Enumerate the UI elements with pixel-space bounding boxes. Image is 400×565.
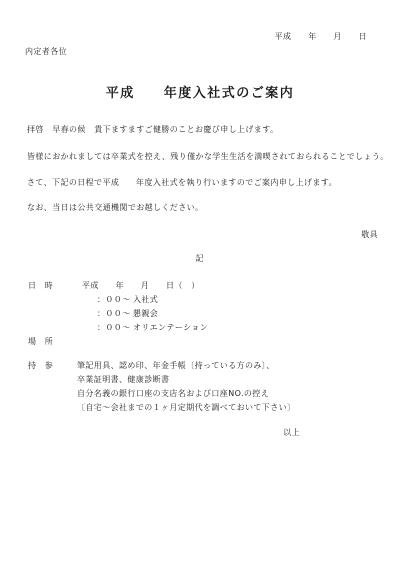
schedule-event-orientation: オリエンテーション (133, 323, 208, 333)
bring-item-line: 筆記用具、認め印、年金手帳〔持っている方のみ〕、 (77, 361, 275, 371)
datetime-value: 平成 年 月 日（ ） (82, 281, 200, 291)
schedule-time: ：００～ (97, 309, 131, 319)
datetime-label: 日 時 (28, 281, 53, 291)
place-label: 場 所 (28, 337, 53, 347)
record-mark: 記 (0, 254, 400, 264)
closing-word: 敬具 (361, 230, 378, 240)
schedule-time: ：００～ (97, 295, 131, 305)
date-line: 平成 年 月 日 (275, 32, 367, 42)
schedule-time: ：００～ (97, 323, 131, 333)
schedule-event-social-gathering: 懇親会 (133, 309, 158, 319)
recipient-label: 内定者各位 (25, 47, 67, 57)
body-paragraph-graduation: 皆様におかれましては卒業式を控え、残り僅かな学生生活を満喫されておられることでし… (27, 152, 389, 162)
greeting-paragraph: 拝啓 早春の候 貴下ますますご健勝のことお慶び申し上げます。 (27, 125, 278, 135)
body-paragraph-announcement: さて、下記の日程で平成 年度入社式を執り行いますのでご案内申し上げます。 (27, 178, 337, 188)
schedule-event-entrance-ceremony: 入社式 (133, 295, 158, 305)
bring-item-line: 卒業証明書、健康診断書 (77, 375, 169, 385)
body-paragraph-transport-note: なお、当日は公共交通機関でお越しください。 (27, 203, 203, 213)
end-mark: 以上 (283, 428, 300, 438)
page-title: 平成 年度入社式のご案内 (0, 82, 400, 101)
bring-label: 持 参 (28, 361, 53, 371)
document-page: 平成 年 月 日 内定者各位 平成 年度入社式のご案内 拝啓 早春の候 貴下ます… (0, 0, 400, 565)
bring-item-line: 〔自宅～会社までの１ヶ月定期代を調べておいて下さい〕 (77, 403, 295, 413)
bring-item-line: 自分名義の銀行口座の支店名および口座NO.の控え (77, 389, 269, 399)
